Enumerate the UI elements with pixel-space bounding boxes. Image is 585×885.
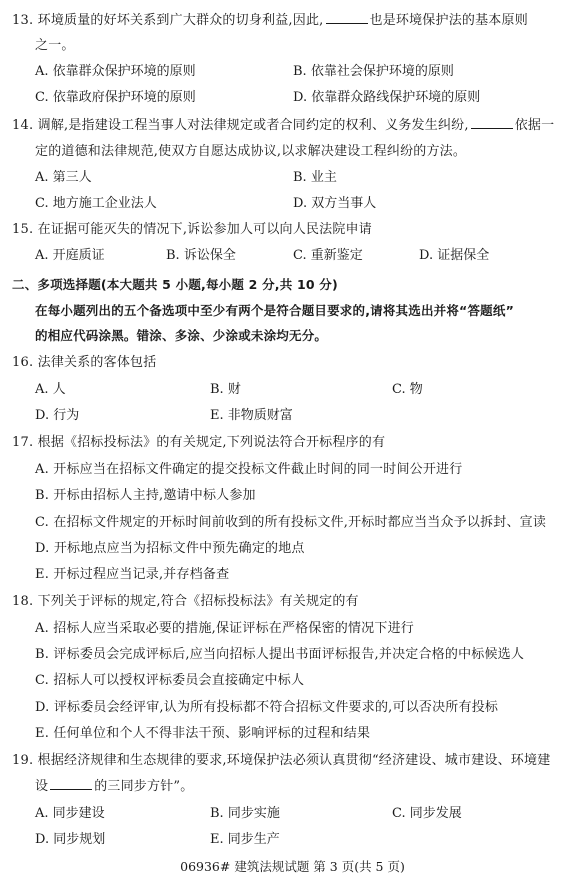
question-16: 16. 法律关系的客体包括 [12,350,156,375]
question-text: 根据经济规律和生态规律的要求,环境保护法必须认真贯彻“经济建设、城市建设、环境建 [38,753,551,768]
option-e: E. 非物质财富 [210,403,293,428]
question-13-options-row-2: C. 依靠政府保护环境的原则 D. 依靠群众路线保护环境的原则 [35,85,575,110]
option-a: A. 依靠群众保护环境的原则 [35,59,196,84]
option-b: B. 业主 [293,165,337,190]
option-b: B. 依靠社会保护环境的原则 [293,59,454,84]
option-c: C. 依靠政府保护环境的原则 [35,85,196,110]
option-a: A. 开庭质证 [35,243,105,268]
question-text: 调解,是指建设工程当事人对法律规定或者合同约定的权利、义务发生纠纷, [38,118,469,133]
option-c: C. 在招标文件规定的开标时间前收到的所有投标文件,开标时都应当当众予以拆封、宣… [35,510,546,535]
option-b: B. 开标由招标人主持,邀请中标人参加 [35,483,256,508]
question-text: 下列关于评标的规定,符合《招标投标法》有关规定的有 [38,594,359,609]
page-footer: 06936# 建筑法规试题 第 3 页(共 5 页) [0,854,585,879]
option-b: B. 财 [210,377,241,402]
question-number: 13. [12,13,33,28]
question-19-options-row-2: D. 同步规划 E. 同步生产 [35,827,575,852]
option-c: C. 地方施工企业法人 [35,191,157,216]
option-d: D. 依靠群众路线保护环境的原则 [293,85,480,110]
option-c: C. 重新鉴定 [293,243,363,268]
option-a: A. 开标应当在招标文件确定的提交投标文件截止时间的同一时间公开进行 [35,457,462,482]
question-19-continuation: 设的三同步方针”。 [35,774,193,799]
question-15-options-row: A. 开庭质证 B. 诉讼保全 C. 重新鉴定 D. 证据保全 [35,243,575,268]
question-number: 14. [12,118,33,133]
option-c: C. 物 [392,377,423,402]
question-17: 17. 根据《招标投标法》的有关规定,下列说法符合开标程序的有 [12,430,385,455]
question-13-continuation: 之一。 [35,33,75,58]
question-13-options-row-1: A. 依靠群众保护环境的原则 B. 依靠社会保护环境的原则 [35,59,575,84]
section-2-title: 二、多项选择题(本大题共 5 小题,每小题 2 分,共 10 分) [12,272,338,297]
option-c: C. 同步发展 [392,801,462,826]
option-d: D. 同步规划 [35,827,105,852]
question-19: 19. 根据经济规律和生态规律的要求,环境保护法必须认真贯彻“经济建设、城市建设… [12,748,550,773]
question-number: 19. [12,753,33,768]
question-18: 18. 下列关于评标的规定,符合《招标投标法》有关规定的有 [12,589,359,614]
question-number: 15. [12,222,33,237]
option-a: A. 第三人 [35,165,92,190]
option-d: D. 开标地点应当为招标文件中预先确定的地点 [35,536,305,561]
question-14-continuation: 定的道德和法律规范,使双方自愿达成协议,以求解决建设工程纠纷的方法。 [35,139,466,164]
option-e: E. 任何单位和个人不得非法干预、影响评标的过程和结果 [35,721,370,746]
option-b: B. 诉讼保全 [166,243,236,268]
question-14-options-row-2: C. 地方施工企业法人 D. 双方当事人 [35,191,575,216]
question-number: 18. [12,594,33,609]
question-text: 环境质量的好坏关系到广大群众的切身利益,因此, [38,13,324,28]
question-text: 设 [35,779,48,794]
option-e: E. 开标过程应当记录,并存档备查 [35,562,229,587]
option-a: A. 招标人应当采取必要的措施,保证评标在严格保密的情况下进行 [35,616,414,641]
option-d: D. 证据保全 [419,243,489,268]
option-d: D. 行为 [35,403,79,428]
option-b: B. 评标委员会完成评标后,应当向招标人提出书面评标报告,并决定合格的中标候选人 [35,642,524,667]
question-13: 13. 环境质量的好坏关系到广大群众的切身利益,因此,也是环境保护法的基本原则 [12,8,528,33]
question-text: 也是环境保护法的基本原则 [370,13,528,28]
answer-blank [326,9,368,24]
question-text: 在证据可能灭失的情况下,诉讼参加人可以向人民法院申请 [38,222,372,237]
question-number: 17. [12,435,33,450]
question-text: 的三同步方针”。 [94,779,193,794]
option-c: C. 招标人可以授权评标委员会直接确定中标人 [35,668,304,693]
option-d: D. 评标委员会经评审,认为所有投标都不符合招标文件要求的,可以否决所有投标 [35,695,498,720]
question-text: 依据一 [515,118,555,133]
answer-blank [50,775,92,790]
answer-blank [471,114,513,129]
question-number: 16. [12,355,33,370]
section-2-instruction-2: 的相应代码涂黑。错涂、多涂、少涂或未涂均无分。 [35,323,327,348]
question-14-options-row-1: A. 第三人 B. 业主 [35,165,575,190]
question-text: 法律关系的客体包括 [38,355,157,370]
option-e: E. 同步生产 [210,827,280,852]
section-2-instruction-1: 在每小题列出的五个备选项中至少有两个是符合题目要求的,请将其选出并将“答题纸” [35,298,514,323]
option-b: B. 同步实施 [210,801,280,826]
question-text: 根据《招标投标法》的有关规定,下列说法符合开标程序的有 [38,435,386,450]
exam-page: 13. 环境质量的好坏关系到广大群众的切身利益,因此,也是环境保护法的基本原则 … [0,0,585,885]
option-a: A. 同步建设 [35,801,105,826]
question-16-options-row-2: D. 行为 E. 非物质财富 [35,403,575,428]
question-14: 14. 调解,是指建设工程当事人对法律规定或者合同约定的权利、义务发生纠纷,依据… [12,113,554,138]
question-16-options-row-1: A. 人 B. 财 C. 物 [35,377,575,402]
option-d: D. 双方当事人 [293,191,376,216]
option-a: A. 人 [35,377,66,402]
question-15: 15. 在证据可能灭失的情况下,诉讼参加人可以向人民法院申请 [12,217,372,242]
question-19-options-row-1: A. 同步建设 B. 同步实施 C. 同步发展 [35,801,575,826]
